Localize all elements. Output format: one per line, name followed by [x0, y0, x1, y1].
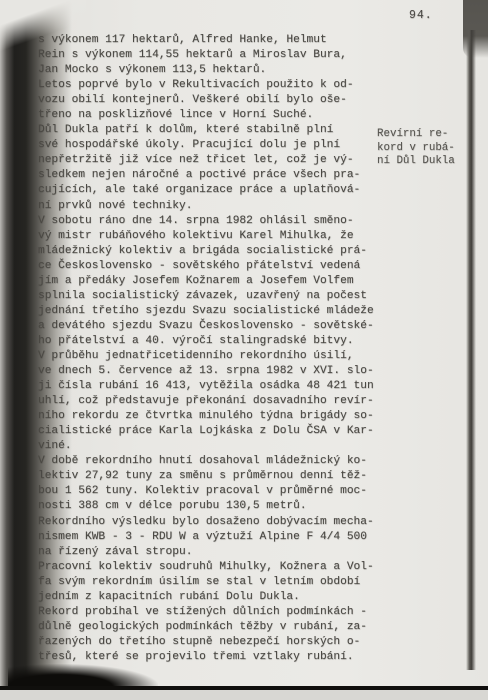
text-line: vý mistr rubáňového kolektivu Karel Mihu…: [38, 229, 374, 244]
text-line: cialistické práce Karla Lojkáska z Dolu …: [38, 424, 374, 439]
text-line: V sobotu ráno dne 14. srpna 1982 ohlásil…: [38, 214, 374, 229]
margin-note: Revírní re- kord v rubá- ní Důl Dukla: [377, 128, 455, 169]
text-line: s výkonem 117 hektarů, Alfred Hanke, Hel…: [38, 33, 374, 48]
text-line: mládežnický kolektiv a brigáda socialist…: [38, 244, 374, 259]
text-line: nepřetržitě již více než třicet let, což…: [38, 153, 374, 168]
text-line: třesů, které se projevilo třemi vztlaky …: [38, 650, 374, 665]
text-line: bou 1 562 tuny. Kolektiv pracoval v prům…: [38, 484, 374, 499]
text-line: ji čísla rubání 16 413, vytěžila osádka …: [38, 379, 374, 394]
adjacent-page-edge: [466, 30, 476, 670]
scanned-document-page: 94. Revírní re- kord v rubá- ní Důl Dukl…: [0, 0, 488, 700]
text-line: ního rekordu ze čtvrtka minulého týdna b…: [38, 409, 374, 424]
text-line: třeno na posklizňové lince v Horní Suché…: [38, 108, 374, 123]
text-line: ce Československo - sovětského přátelstv…: [38, 259, 374, 274]
text-line: Jan Mocko s výkonem 113,5 hektarů.: [38, 63, 374, 78]
text-line: své hospodářské úkoly. Pracující dolu je…: [38, 138, 374, 153]
text-line: ve dnech 5. července až 13. srpna 1982 v…: [38, 364, 374, 379]
text-line: nismem KWB - 3 - RDU W a výztuží Alpine …: [38, 530, 374, 545]
page-bottom-shadow: [8, 664, 158, 688]
text-line: V době rekordního hnutí dosahoval mládež…: [38, 454, 374, 469]
text-line: nosti 388 cm v délce porubu 130,5 metrů.: [38, 499, 374, 514]
text-line: fa svým rekordním úsilím se stal v letní…: [38, 575, 374, 590]
text-line: uhlí, což představuje překonání dosavadn…: [38, 394, 374, 409]
text-line: cujících, ale také organizace práce a up…: [38, 183, 374, 198]
text-line: Pracovní kolektiv soudruhů Mihulky, Kožn…: [38, 560, 374, 575]
text-line: Rein s výkonem 114,55 hektarů a Miroslav…: [38, 48, 374, 63]
text-line: viné.: [38, 439, 374, 454]
text-line: ho přátelství a 40. výročí stalingradské…: [38, 334, 374, 349]
body-text: s výkonem 117 hektarů, Alfred Hanke, Hel…: [38, 33, 374, 665]
margin-note-line: ní Důl Dukla: [377, 155, 455, 169]
text-line: sledkem nejen náročné a poctivé práce vš…: [38, 168, 374, 183]
margin-note-line: Revírní re-: [377, 128, 455, 142]
text-line: Důl Dukla patří k dolům, které stabilně …: [38, 123, 374, 138]
text-line: V průběhu jednatřicetidenního rekordního…: [38, 349, 374, 364]
page-number: 94.: [409, 9, 433, 22]
text-line: Rekordního výsledku bylo dosaženo dobýva…: [38, 515, 374, 530]
text-line: lektiv 27,92 tuny za směnu s průměrnou d…: [38, 469, 374, 484]
text-line: Letos poprvé bylo v Rekultivacích použit…: [38, 78, 374, 93]
text-line: jednání třetího sjezdu Svazu socialistic…: [38, 304, 374, 319]
text-line: Rekord probíhal ve stížených důlních pod…: [38, 605, 374, 620]
text-line: jím a předáky Josefem Kožnarem a Josefem…: [38, 274, 374, 289]
margin-note-line: kord v rubá-: [377, 142, 455, 156]
text-line: jedním z kapacitních rubání Dolu Dukla.: [38, 590, 374, 605]
text-line: vozu obilí kontejnerů. Veškeré obilí byl…: [38, 93, 374, 108]
text-line: splnila socialistický závazek, uzavřený …: [38, 289, 374, 304]
text-line: důlně geologických podmínkách těžby v ru…: [38, 620, 374, 635]
scanner-background: [0, 690, 488, 700]
text-line: a devátého sjezdu Svazu Československo -…: [38, 319, 374, 334]
text-line: řazených do třetího stupně nebezpečí hor…: [38, 635, 374, 650]
text-line: ní prvků nové techniky.: [38, 199, 374, 214]
text-line: na řízený zával stropu.: [38, 545, 374, 560]
